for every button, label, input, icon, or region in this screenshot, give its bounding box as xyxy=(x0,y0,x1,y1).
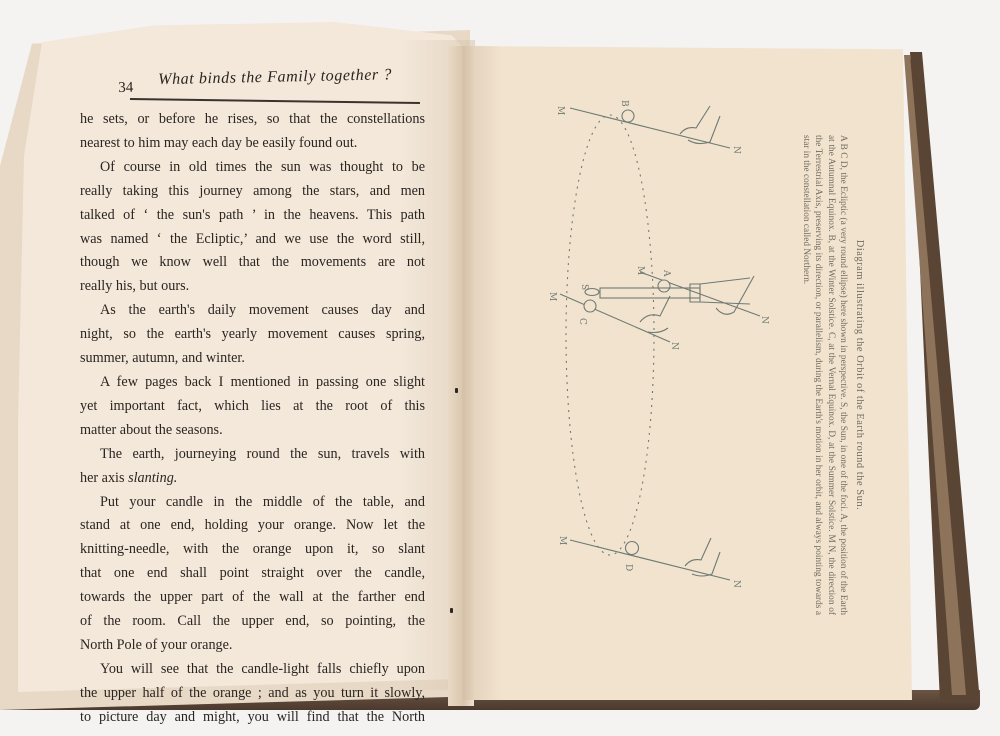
label-b: B xyxy=(619,100,629,107)
ecliptic-path xyxy=(566,115,654,555)
caption-title: Diagram illustrating the Orbit of the Ea… xyxy=(853,135,866,615)
caption-body: A B C D, the Ecliptic (a very round elli… xyxy=(801,135,849,615)
book-photo: 34 What binds the Family together ? he s… xyxy=(0,0,1000,736)
text-line: nearest to him may each day be easily fo… xyxy=(80,132,425,156)
text-line: summer, autumn, and winter. xyxy=(80,347,425,371)
label-north-sun: N xyxy=(759,316,769,324)
label-north-top: N xyxy=(731,146,741,154)
text-line: really taking this journey among the sta… xyxy=(80,180,425,204)
text-line: that one end shall point straight over t… xyxy=(80,562,425,586)
text-line: matter about the seasons. xyxy=(80,419,425,443)
binding-thread xyxy=(450,608,453,613)
label-c: C xyxy=(577,318,587,325)
emphasis: slanting. xyxy=(128,470,177,486)
text-line: her axis slanting. xyxy=(80,467,425,491)
text-line: night, so the earth's yearly movement ca… xyxy=(80,323,425,347)
text-line: As the earth's daily movement causes day… xyxy=(80,299,425,323)
label-south-sun: M xyxy=(635,266,645,275)
label-a: A xyxy=(661,269,671,277)
text-line: the upper half of the orange ; and as yo… xyxy=(80,682,425,706)
label-s: S xyxy=(579,284,589,290)
label-south-mid: M xyxy=(547,292,557,301)
text-line: You will see that the candle-light falls… xyxy=(80,658,425,682)
text-line: talked of ‘ the sun's path ’ in the heav… xyxy=(80,204,425,228)
text-line: of the room. Call the upper end, so poin… xyxy=(80,610,425,634)
label-d: D xyxy=(623,564,633,571)
binding-thread xyxy=(455,388,458,393)
text-line: though we know well that the movements a… xyxy=(80,251,425,275)
text-line: was named ‘ the Ecliptic,’ and we use th… xyxy=(80,228,425,252)
text-line: stand at one end, holding your orange. N… xyxy=(80,514,425,538)
label-south-top: M xyxy=(555,106,565,115)
label-north-bottom: N xyxy=(731,580,741,588)
text-line: towards the upper part of the wall at th… xyxy=(80,586,425,610)
orbit-diagram: M B N M C N M A S N M D N xyxy=(540,80,780,640)
page-body-text: he sets, or before he rises, so that the… xyxy=(80,108,425,730)
text-line: North Pole of your orange. xyxy=(80,634,425,658)
text-line: knitting-needle, with the orange upon it… xyxy=(80,538,425,562)
text-line: really his, but ours. xyxy=(80,275,425,299)
text-line: yet important fact, which lies at the ro… xyxy=(80,395,425,419)
text-line: to picture day and might, you will find … xyxy=(80,706,425,730)
diagram-caption: Diagram illustrating the Orbit of the Ea… xyxy=(775,135,865,615)
page-number: 34 xyxy=(118,80,133,97)
label-north-mid: N xyxy=(669,342,679,350)
text-line: Of course in old times the sun was thoug… xyxy=(80,156,425,180)
running-title: What binds the Family together ? xyxy=(158,66,392,89)
text-line: The earth, journeying round the sun, tra… xyxy=(80,443,425,467)
text-line: he sets, or before he rises, so that the… xyxy=(80,108,425,132)
text-line: A few pages back I mentioned in passing … xyxy=(80,371,425,395)
right-page-gutter-shade xyxy=(462,46,502,700)
label-south-bottom: M xyxy=(557,536,567,545)
text-line: Put your candle in the middle of the tab… xyxy=(80,491,425,515)
